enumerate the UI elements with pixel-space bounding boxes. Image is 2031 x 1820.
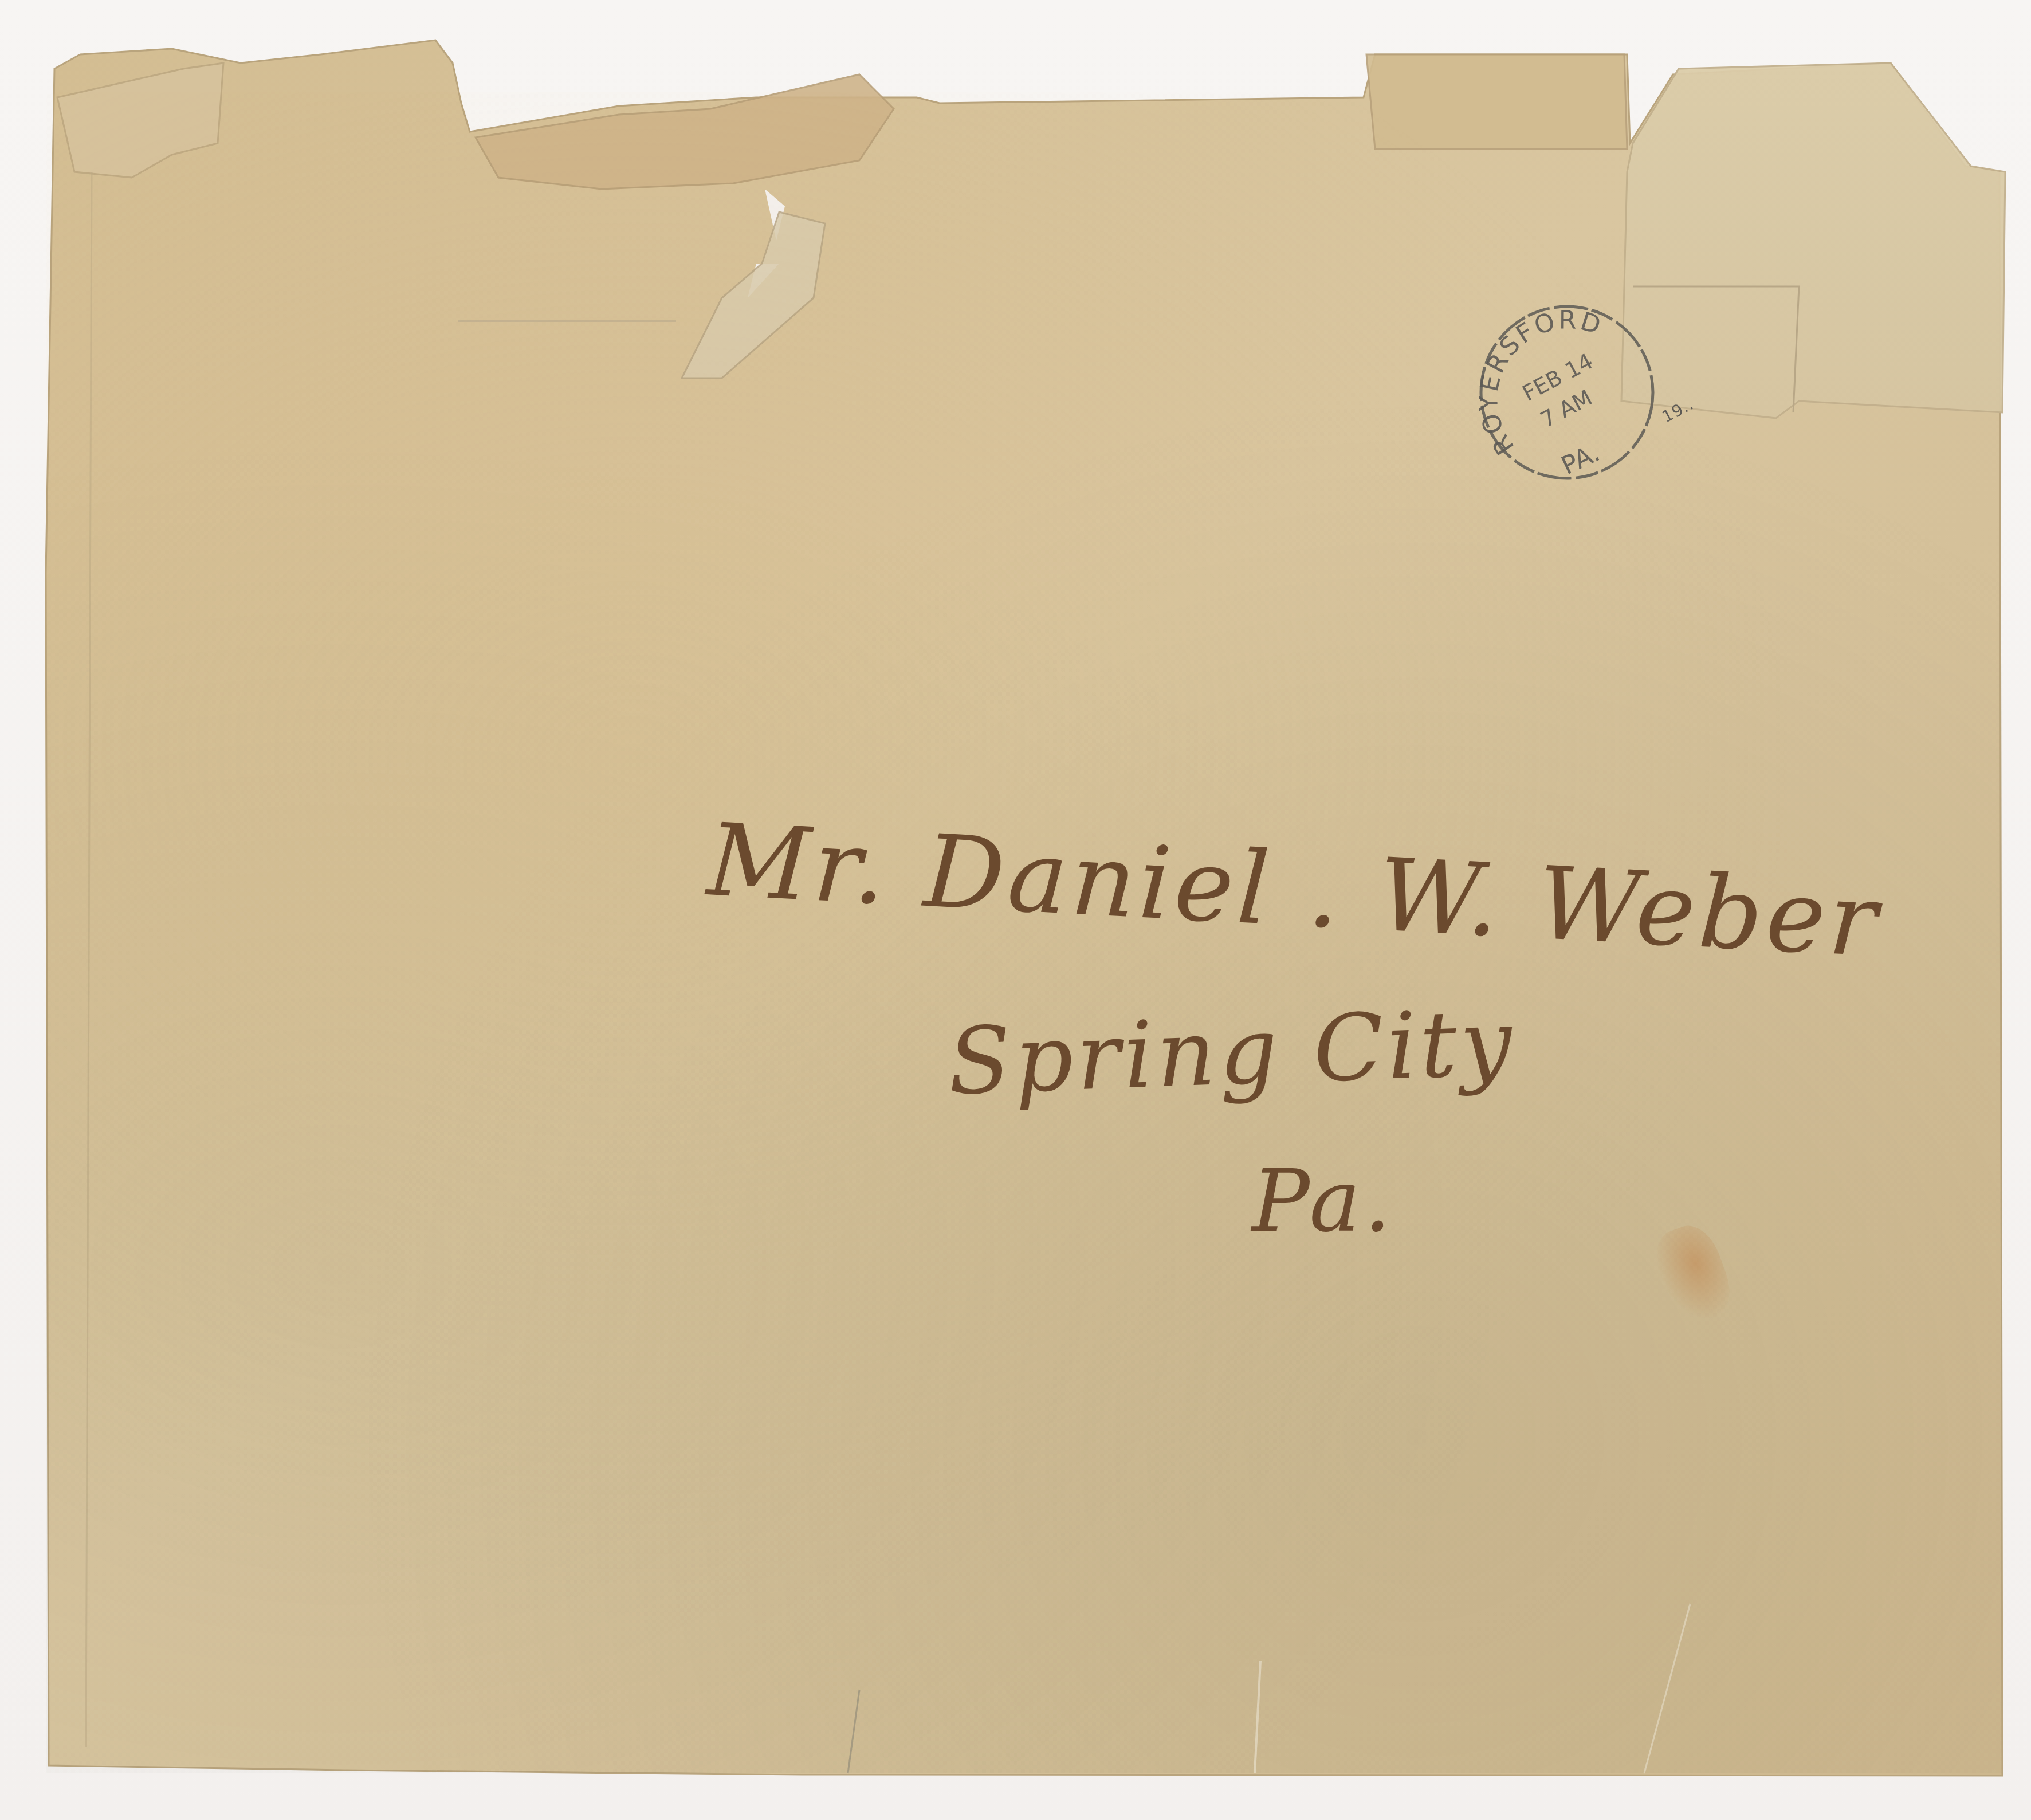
postmark-circle-icon: ROYERSFORD FEB 14 7 AM PA. (1475, 301, 1659, 484)
torn-flap (1621, 63, 2005, 418)
postmark: ROYERSFORD FEB 14 7 AM PA. (1475, 301, 1659, 484)
address-city: Spring City (946, 988, 1517, 1115)
address-state: Pa. (1252, 1151, 1394, 1251)
